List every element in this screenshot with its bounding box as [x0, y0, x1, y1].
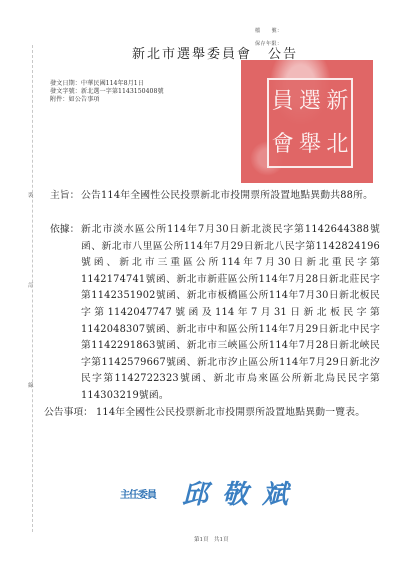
page-indicator: 第1頁 共1頁 [194, 535, 229, 543]
seal-glyph: 舉 [296, 123, 323, 166]
seal-glyph: 選 [296, 80, 323, 123]
subject-label: 主旨： [50, 188, 79, 205]
file-number-label: 檔 號： [255, 27, 283, 34]
basis-text: 新北市淡水區公所114年7月30日新北淡民字第1142644388號函、新北市八… [81, 222, 380, 405]
issuing-organization: 新北市選舉委員會 [132, 47, 252, 62]
notice-text: 114年全國性公民投票新北市投開票所設置地點異動一覽表。 [96, 405, 380, 422]
notice-section: 公告事項： 114年全國性公民投票新北市投開票所設置地點異動一覽表。 [44, 405, 380, 439]
seal-inner-square: 新 北 選 舉 員 會 [267, 78, 353, 168]
signature-name: 邱敬斌 [182, 474, 302, 511]
seal-glyph: 新 [324, 80, 351, 123]
seal-glyph: 員 [269, 80, 296, 123]
document-number: 發文字號：新北選一字第1143150408號 [50, 88, 164, 96]
subject-section: 主旨： 公告114年全國性公民投票新北市投開票所設置地點異動共88所。 [50, 188, 380, 222]
basis-section: 依據： 新北市淡水區公所114年7月30日新北淡民字第1142644388號函、… [50, 222, 380, 388]
binding-char-3: 線 [28, 381, 34, 389]
attachment-line: 附件：如公告事項 [50, 96, 100, 104]
official-seal: 新 北 選 舉 員 會 [241, 60, 373, 183]
binding-char-1: 裝 [28, 191, 34, 199]
binding-char-2: 訂 [28, 281, 34, 289]
basis-label: 依據： [50, 222, 79, 239]
notice-label: 公告事項： [44, 405, 93, 422]
signature-role: 主任委員 [120, 486, 156, 501]
issue-date: 發文日期：中華民國114年8月1日 [50, 80, 144, 88]
seal-glyph: 會 [269, 123, 296, 166]
subject-text: 公告114年全國性公民投票新北市投開票所設置地點異動共88所。 [81, 188, 380, 205]
seal-glyph: 北 [324, 123, 351, 166]
